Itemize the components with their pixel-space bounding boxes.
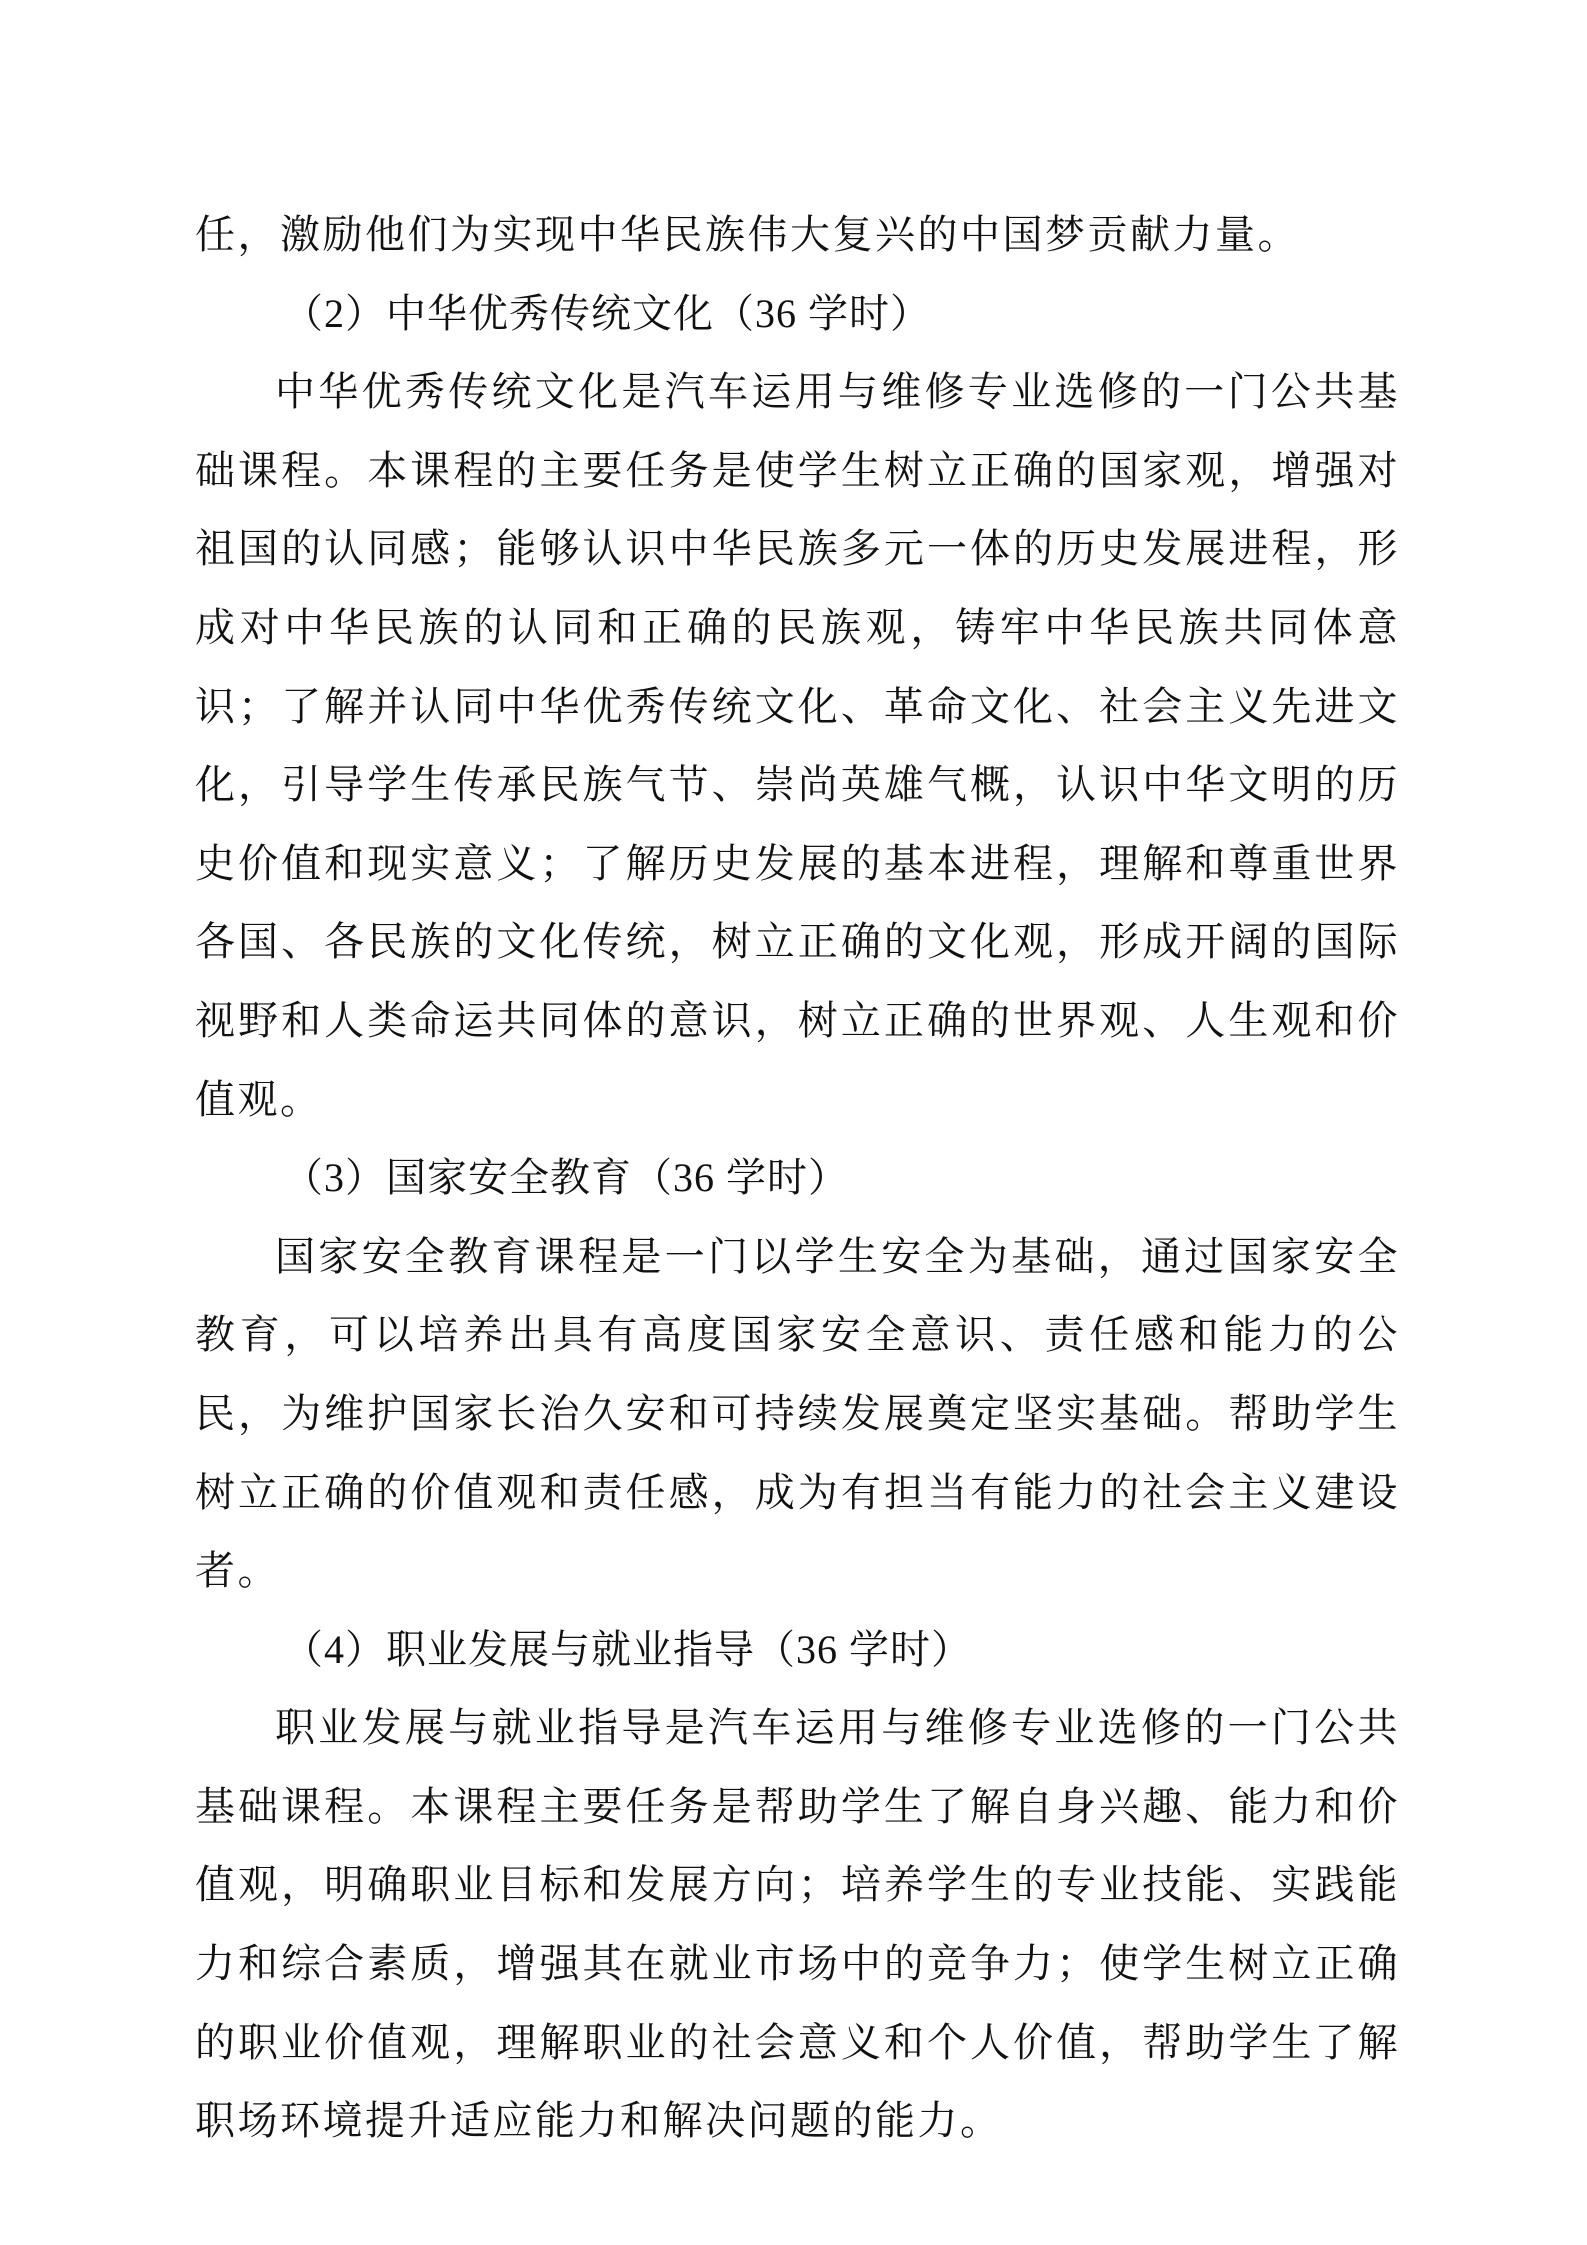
section-heading-career-guidance: （4）职业发展与就业指导（36 学时）: [195, 1611, 1400, 1690]
section-body-traditional-culture: 中华优秀传统文化是汽车运用与维修专业选修的一门公共基础课程。本课程的主要任务是使…: [195, 353, 1400, 1139]
section-heading-national-security: （3）国家安全教育（36 学时）: [195, 1139, 1400, 1218]
section-heading-traditional-culture: （2）中华优秀传统文化（36 学时）: [195, 275, 1400, 354]
document-page: 任，激励他们为实现中华民族伟大复兴的中国梦贡献力量。 （2）中华优秀传统文化（3…: [195, 196, 1400, 2161]
intro-paragraph-tail: 任，激励他们为实现中华民族伟大复兴的中国梦贡献力量。: [195, 196, 1400, 275]
section-body-career-guidance: 职业发展与就业指导是汽车运用与维修专业选修的一门公共基础课程。本课程主要任务是帮…: [195, 1689, 1400, 2161]
section-body-national-security: 国家安全教育课程是一门以学生安全为基础，通过国家安全教育，可以培养出具有高度国家…: [195, 1218, 1400, 1611]
